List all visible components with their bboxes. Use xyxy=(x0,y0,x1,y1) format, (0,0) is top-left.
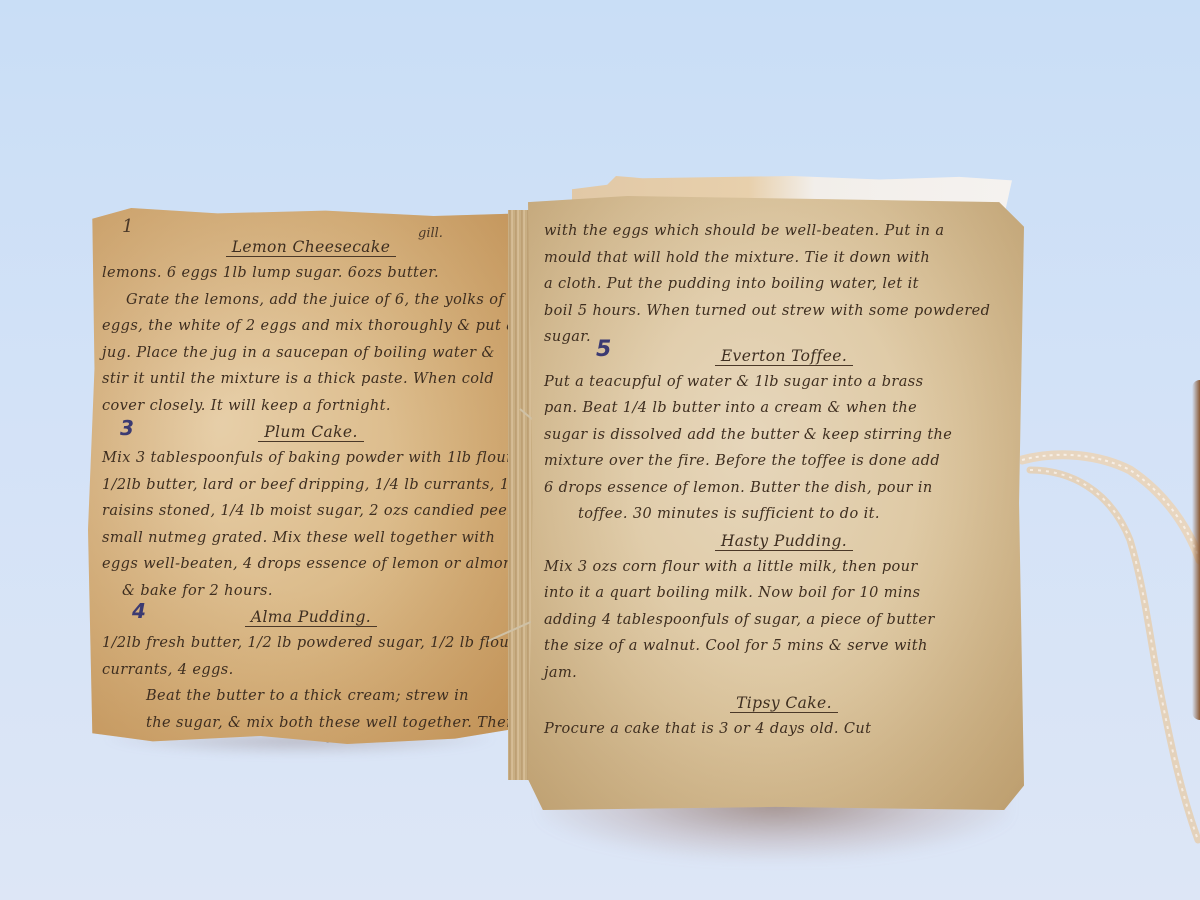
recipe-line: with the eggs which should be well-beate… xyxy=(544,218,1024,245)
recipe-line: jam. xyxy=(544,660,1024,687)
recipe-line: lemons. 6 eggs 1lb lump sugar. 6ozs butt… xyxy=(102,260,520,287)
recipe-line: 6 drops essence of lemon. Butter the dis… xyxy=(544,475,1024,502)
recipe-line: adding 4 tablespoonfuls of sugar, a piec… xyxy=(544,607,1024,634)
recipe-line: into it a quart boiling milk. Now boil f… xyxy=(544,580,1024,607)
adjacent-object-edge xyxy=(1192,380,1200,720)
recipe-line: mould that will hold the mixture. Tie it… xyxy=(544,245,1024,272)
recipe-line: jug. Place the jug in a saucepan of boil… xyxy=(102,340,520,367)
recipe-line: raisins stoned, 1/4 lb moist sugar, 2 oz… xyxy=(102,498,520,525)
recipe-number: 5 xyxy=(596,337,612,363)
recipe-line: eggs, the white of 2 eggs and mix thorou… xyxy=(102,313,520,340)
recipe-title: Tipsy Cake. xyxy=(544,690,1024,716)
recipe-line: Grate the lemons, add the juice of 6, th… xyxy=(102,287,520,314)
recipe-line: Put a teacupful of water & 1lb sugar int… xyxy=(544,369,1024,396)
recipe-line: the size of a walnut. Cool for 5 mins & … xyxy=(544,633,1024,660)
recipe-title: Hasty Pudding. xyxy=(544,528,1024,554)
recipe-title: 3 Plum Cake. xyxy=(102,419,520,445)
recipe-line: boil 5 hours. When turned out strew with… xyxy=(544,298,1024,325)
recipe-line: cover closely. It will keep a fortnight. xyxy=(102,393,520,420)
recipe-line: a cloth. Put the pudding into boiling wa… xyxy=(544,271,1024,298)
recipe-line: mixture over the fire. Before the toffee… xyxy=(544,448,1024,475)
left-page-text: Lemon Cheesecake lemons. 6 eggs 1lb lump… xyxy=(88,234,520,744)
recipe-line: currants, 4 eggs. xyxy=(102,657,520,684)
recipe-line: stir it until the mixture is a thick pas… xyxy=(102,366,520,393)
recipe-line: Mix 3 ozs corn flour with a little milk,… xyxy=(544,554,1024,581)
recipe-number: 4 xyxy=(132,598,146,624)
recipe-line: pan. Beat 1/4 lb butter into a cream & w… xyxy=(544,395,1024,422)
recipe-line: sugar is dissolved add the butter & keep… xyxy=(544,422,1024,449)
recipe-line: Mix 3 tablespoonfuls of baking powder wi… xyxy=(102,445,520,472)
recipe-title: 5 Everton Toffee. xyxy=(544,343,1024,369)
recipe-line: Procure a cake that is 3 or 4 days old. … xyxy=(544,716,1024,743)
recipe-line: eggs well-beaten, 4 drops essence of lem… xyxy=(102,551,520,578)
right-page: with the eggs which should be well-beate… xyxy=(528,196,1024,810)
recipe-line: the sugar, & mix both these well togethe… xyxy=(102,710,520,737)
recipe-number: 3 xyxy=(120,415,134,441)
recipe-line: small nutmeg grated. Mix these well toge… xyxy=(102,525,520,552)
recipe-line: 1/2lb butter, lard or beef dripping, 1/4… xyxy=(102,472,520,499)
left-page: 1 gill. Lemon Cheesecake lemons. 6 eggs … xyxy=(88,208,520,744)
recipe-line: Beat the butter to a thick cream; strew … xyxy=(102,683,520,710)
recipe-title: 4 Alma Pudding. xyxy=(102,604,520,630)
recipe-title: Lemon Cheesecake xyxy=(102,234,520,260)
recipe-line: toffee. 30 minutes is sufficient to do i… xyxy=(544,501,1024,528)
recipe-line: & bake for 2 hours. xyxy=(102,578,520,605)
recipe-line: 1/2lb fresh butter, 1/2 lb powdered suga… xyxy=(102,630,520,657)
frayed-twine xyxy=(1020,430,1200,850)
right-page-text: with the eggs which should be well-beate… xyxy=(528,218,1024,743)
photo-scene: 1 gill. Lemon Cheesecake lemons. 6 eggs … xyxy=(0,0,1200,900)
